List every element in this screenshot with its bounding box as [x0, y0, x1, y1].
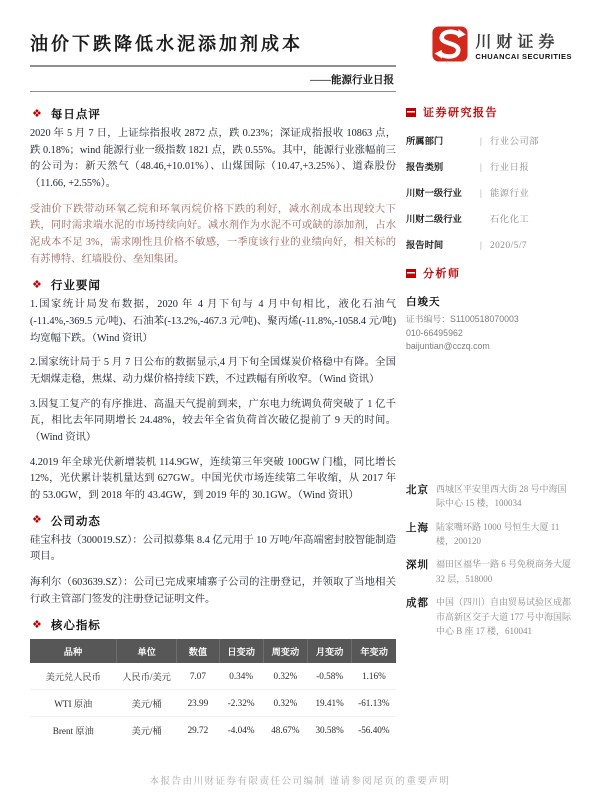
- meta-value: 能源行业: [490, 185, 529, 199]
- table-header-row: 品种 单位 数值 日变动 周变动 月变动 年变动: [30, 639, 396, 663]
- report-subtitle: ——能源行业日报: [30, 67, 396, 91]
- cell-unit: 美元/桶: [116, 690, 176, 717]
- analyst-cert-number: 证书编号：S1100518070003: [406, 313, 572, 327]
- cell-month-change: 30.58%: [307, 717, 351, 744]
- analyst-phone: 010-66495962: [406, 327, 572, 341]
- cell-value: 7.07: [177, 663, 219, 690]
- meta-row-industry-l1: 川财一级行业 | 能源行业: [406, 185, 572, 199]
- office-address: 西城区平安里西大街 28 号中海国际中心 15 楼，100034: [436, 482, 572, 511]
- section-company-news: ❖ 公司动态: [32, 513, 396, 529]
- logo-name-en: CHUANCAI SECURITIES: [475, 52, 572, 61]
- company-item: 硅宝科技（300019.SZ）：公司拟募集 8.4 亿元用于 10 万吨/年高端…: [30, 533, 396, 566]
- table-row: 美元兑人民币 人民币/美元 7.07 0.34% 0.32% -0.58% 1.…: [30, 663, 396, 690]
- research-report-label: 证券研究报告: [423, 104, 498, 120]
- section-diamond-icon: ❖: [32, 620, 42, 631]
- company-logo: 川财证券 CHUANCAI SECURITIES: [432, 26, 572, 62]
- meta-label: 所属部门: [406, 133, 480, 147]
- office-city: 上海: [406, 520, 436, 549]
- news-item: 2.国家统计局于 5 月 7 日公布的数据显示,4 月下旬全国煤炭价格稳中有降。…: [30, 355, 396, 388]
- section-industry-news: ❖ 行业要闻: [32, 277, 396, 293]
- analyst-email: baijuntian@cczq.com: [406, 340, 572, 354]
- cell-month-change: 19.41%: [307, 690, 351, 717]
- meta-label: 川财一级行业: [406, 185, 480, 199]
- office-city: 深圳: [406, 557, 436, 586]
- section-diamond-icon: ❖: [32, 109, 42, 120]
- cell-value: 23.99: [177, 690, 219, 717]
- office-shanghai: 上海 陆家嘴环路 1000 号恒生大厦 11 楼，200120: [406, 520, 572, 549]
- office-address: 福田区福华一路 6 号免税商务大厦 32 层，518000: [436, 557, 572, 586]
- analyst-name: 白竣天: [406, 294, 572, 309]
- logo-wordmark: 川财证券 CHUANCAI SECURITIES: [475, 29, 572, 61]
- cell-month-change: -0.58%: [307, 663, 351, 690]
- meta-label: 川财二级行业: [406, 211, 480, 225]
- daily-review-paragraph: 2020 年 5 月 7 日，上证综指报收 2872 点，跌 0.23%；深证成…: [30, 126, 396, 193]
- section-title: 核心指标: [51, 617, 101, 633]
- page-footer-disclaimer: 本报告由川财证券有限责任公司编制 谨请参阅尾页的重要声明: [0, 773, 600, 787]
- meta-separator: |: [480, 163, 490, 173]
- cell-name: Brent 原油: [30, 717, 116, 744]
- section-diamond-icon: ❖: [32, 515, 42, 526]
- cell-day-change: -4.04%: [219, 717, 263, 744]
- daily-review-comment: 受油价下跌带动环氧乙烷和环氧丙烷价格下跌的利好，减水剂成本出现较大下跌，同时需求…: [30, 202, 396, 269]
- section-diamond-icon: ❖: [32, 280, 42, 291]
- report-header: 油价下跌降低水泥添加剂成本 川财证券 CHUANCAI SECURITIES —…: [30, 26, 572, 92]
- office-address: 陆家嘴环路 1000 号恒生大厦 11 楼，200120: [436, 520, 572, 549]
- meta-row-industry-l2: 川财二级行业 石化化工: [406, 211, 572, 225]
- subtitle-divider: [30, 91, 396, 92]
- news-item: 3.因复工复产的有序推进、高温天气提前到来，广东电力统调负荷突破了 1 亿千瓦，…: [30, 397, 396, 447]
- office-address: 中国（四川）自由贸易试验区成都市高新区交子大道 177 号中海国际中心 B 座 …: [436, 595, 572, 638]
- indicators-table: 品种 单位 数值 日变动 周变动 月变动 年变动 美元兑人民币 人民币/美元 7…: [30, 639, 396, 743]
- cell-unit: 美元/桶: [116, 717, 176, 744]
- news-item: 4.2019 年全球光伏新增装机 114.9GW，连续第三年突破 100GW 门…: [30, 455, 396, 505]
- meta-value: 2020/5/7: [490, 241, 527, 251]
- office-city: 成都: [406, 595, 436, 638]
- logo-name-cn: 川财证券: [475, 29, 572, 52]
- cell-name: WTI 原油: [30, 690, 116, 717]
- meta-label: 报告时间: [406, 237, 480, 251]
- section-title: 公司动态: [51, 513, 101, 529]
- cell-week-change: 0.32%: [263, 690, 307, 717]
- meta-separator: |: [480, 189, 490, 199]
- table-row: WTI 原油 美元/桶 23.99 -2.32% 0.32% 19.41% -6…: [30, 690, 396, 717]
- analyst-header: 分析师: [406, 265, 572, 281]
- col-header: 数值: [177, 639, 219, 663]
- cell-name: 美元兑人民币: [30, 663, 116, 690]
- meta-row-department: 所属部门 | 行业公司部: [406, 133, 572, 147]
- cell-day-change: -2.32%: [219, 690, 263, 717]
- section-daily-review: ❖ 每日点评: [32, 106, 396, 122]
- research-report-header: 证券研究报告: [406, 104, 572, 120]
- cell-week-change: 48.67%: [263, 717, 307, 744]
- cell-week-change: 0.32%: [263, 663, 307, 690]
- office-city: 北京: [406, 482, 436, 511]
- col-header: 单位: [116, 639, 176, 663]
- report-badge-icon: [406, 108, 416, 117]
- meta-label: 报告类别: [406, 159, 480, 173]
- cell-unit: 人民币/美元: [116, 663, 176, 690]
- col-header: 日变动: [219, 639, 263, 663]
- report-body: ❖ 每日点评 2020 年 5 月 7 日，上证综指报收 2872 点，跌 0.…: [30, 101, 572, 743]
- col-header: 品种: [30, 639, 116, 663]
- meta-row-report-type: 报告类别 | 行业日报: [406, 159, 572, 173]
- meta-separator: |: [480, 241, 490, 251]
- analyst-badge-icon: [406, 269, 416, 278]
- section-title: 行业要闻: [51, 277, 101, 293]
- col-header: 月变动: [307, 639, 351, 663]
- office-shenzhen: 深圳 福田区福华一路 6 号免税商务大厦 32 层，518000: [406, 557, 572, 586]
- meta-value: 石化化工: [490, 211, 529, 225]
- office-chengdu: 成都 中国（四川）自由贸易试验区成都市高新区交子大道 177 号中海国际中心 B…: [406, 595, 572, 638]
- analyst-label: 分析师: [423, 265, 461, 281]
- content-column: ❖ 每日点评 2020 年 5 月 7 日，上证综指报收 2872 点，跌 0.…: [30, 101, 396, 743]
- col-header: 周变动: [263, 639, 307, 663]
- cell-year-change: -56.40%: [352, 717, 396, 744]
- office-list: 北京 西城区平安里西大街 28 号中海国际中心 15 楼，100034 上海 陆…: [406, 482, 572, 639]
- cell-value: 29.72: [177, 717, 219, 744]
- meta-value: 行业公司部: [490, 133, 539, 147]
- section-title: 每日点评: [51, 106, 101, 122]
- cell-year-change: -61.13%: [352, 690, 396, 717]
- report-page: 油价下跌降低水泥添加剂成本 川财证券 CHUANCAI SECURITIES —…: [0, 0, 600, 800]
- meta-value: 行业日报: [490, 159, 529, 173]
- meta-row-report-date: 报告时间 | 2020/5/7: [406, 237, 572, 251]
- office-beijing: 北京 西城区平安里西大街 28 号中海国际中心 15 楼，100034: [406, 482, 572, 511]
- news-item: 1.国家统计局发布数据，2020 年 4 月下旬与 4 月中旬相比，液化石油气(…: [30, 297, 396, 347]
- report-sidebar: 证券研究报告 所属部门 | 行业公司部 报告类别 | 行业日报 川财一级行业 |…: [406, 101, 572, 743]
- section-core-indicators: ❖ 核心指标: [32, 617, 396, 633]
- company-item: 海利尔（603639.SZ）：公司已完成柬埔寨子公司的注册登记，并领取了当地相关…: [30, 575, 396, 608]
- table-row: Brent 原油 美元/桶 29.72 -4.04% 48.67% 30.58%…: [30, 717, 396, 744]
- chuancai-logo-icon: [432, 26, 468, 62]
- meta-separator: |: [480, 137, 490, 147]
- col-header: 年变动: [352, 639, 396, 663]
- cell-year-change: 1.16%: [352, 663, 396, 690]
- cell-day-change: 0.34%: [219, 663, 263, 690]
